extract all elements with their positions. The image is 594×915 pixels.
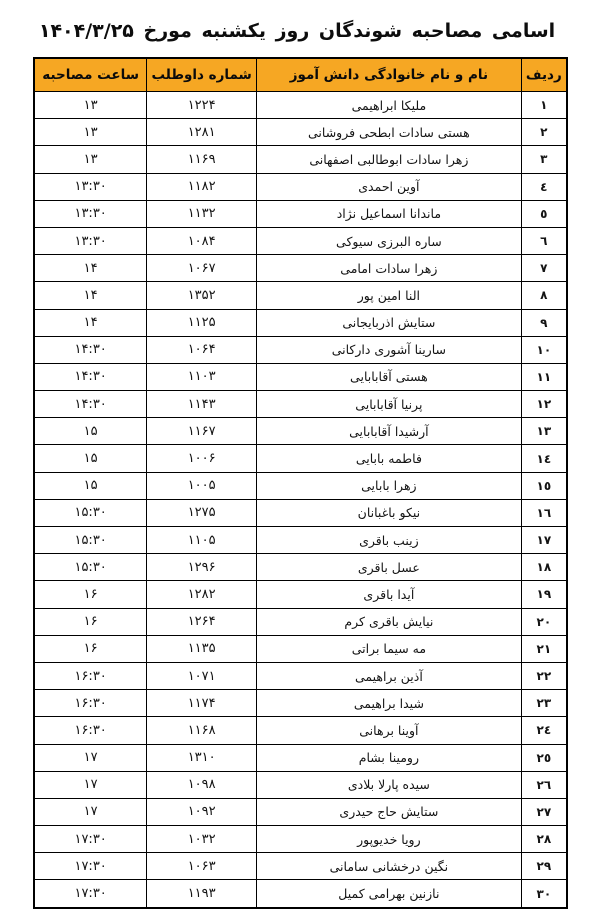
table-row: ٢٢آذین براهیمی۱۰۷۱۱۶:۳۰ <box>34 662 567 689</box>
time-cell: ۱۵:۳۰ <box>34 554 147 581</box>
radif-cell: ١٧ <box>521 527 567 554</box>
name-cell: شیدا براهیمی <box>257 690 522 717</box>
table-row: ٢٦سیده پارلا بلادی۱۰۹۸۱۷ <box>34 771 567 798</box>
table-header: ردیف نام و نام خانوادگی دانش آموز شماره … <box>34 58 567 92</box>
number-cell: ۱۰۰۶ <box>147 445 257 472</box>
radif-cell: ٣٠ <box>521 880 567 908</box>
radif-cell: ١٠ <box>521 336 567 363</box>
radif-cell: ٢٥ <box>521 744 567 771</box>
header-interview-time: ساعت مصاحبه <box>34 58 147 92</box>
time-cell: ۱۳:۳۰ <box>34 173 147 200</box>
header-student-name: نام و نام خانوادگی دانش آموز <box>257 58 522 92</box>
radif-cell: ١٨ <box>521 554 567 581</box>
number-cell: ۱۰۸۴ <box>147 227 257 254</box>
number-cell: ۱۲۷۵ <box>147 499 257 526</box>
name-cell: نازنین بهرامی کمیل <box>257 880 522 908</box>
radif-cell: ١٣ <box>521 418 567 445</box>
number-cell: ۱۰۰۵ <box>147 472 257 499</box>
time-cell: ۱۳:۳۰ <box>34 200 147 227</box>
number-cell: ۱۱۰۳ <box>147 363 257 390</box>
name-cell: آیدا باقری <box>257 581 522 608</box>
header-radif: ردیف <box>521 58 567 92</box>
number-cell: ۱۰۶۳ <box>147 853 257 880</box>
name-cell: مه سیما براتی <box>257 635 522 662</box>
radif-cell: ٣ <box>521 146 567 173</box>
time-cell: ۱۴ <box>34 309 147 336</box>
time-cell: ۱۵ <box>34 418 147 445</box>
table-row: ٧زهرا سادات امامی۱۰۶۷۱۴ <box>34 255 567 282</box>
radif-cell: ١ <box>521 92 567 119</box>
table-row: ٢هستی سادات ابطحی فروشانی۱۲۸۱۱۳ <box>34 119 567 146</box>
name-cell: زهرا سادات ابوطالبی اصفهانی <box>257 146 522 173</box>
time-cell: ۱۳:۳۰ <box>34 227 147 254</box>
page-title: اسامی مصاحبه شوندگان روز یکشنبه مورخ ۱۴۰… <box>0 0 594 42</box>
table-body: ١ملیکا ابراهیمی۱۲۲۴۱۳٢هستی سادات ابطحی ف… <box>34 92 567 908</box>
time-cell: ۱۴:۳۰ <box>34 336 147 363</box>
time-cell: ۱۵:۳۰ <box>34 499 147 526</box>
name-cell: رویا خدیوپور <box>257 826 522 853</box>
table-row: ٨النا امین پور۱۳۵۲۱۴ <box>34 282 567 309</box>
table-row: ١ملیکا ابراهیمی۱۲۲۴۱۳ <box>34 92 567 119</box>
name-cell: آذین براهیمی <box>257 662 522 689</box>
name-cell: هستی آقابابایی <box>257 363 522 390</box>
number-cell: ۱۱۴۳ <box>147 391 257 418</box>
number-cell: ۱۰۷۱ <box>147 662 257 689</box>
radif-cell: ٢٦ <box>521 771 567 798</box>
time-cell: ۱۶ <box>34 608 147 635</box>
time-cell: ۱۵ <box>34 445 147 472</box>
radif-cell: ١٢ <box>521 391 567 418</box>
time-cell: ۱۴ <box>34 255 147 282</box>
radif-cell: ٨ <box>521 282 567 309</box>
time-cell: ۱۶ <box>34 581 147 608</box>
number-cell: ۱۱۲۵ <box>147 309 257 336</box>
radif-cell: ١٦ <box>521 499 567 526</box>
table-row: ٣زهرا سادات ابوطالبی اصفهانی۱۱۶۹۱۳ <box>34 146 567 173</box>
table-row: ٢٤آوینا برهانی۱۱۶۸۱۶:۳۰ <box>34 717 567 744</box>
name-cell: نیایش باقری کرم <box>257 608 522 635</box>
name-cell: آوینا برهانی <box>257 717 522 744</box>
table-row: ٢١مه سیما براتی۱۱۳۵۱۶ <box>34 635 567 662</box>
name-cell: آرشیدا آقابابایی <box>257 418 522 445</box>
name-cell: ملیکا ابراهیمی <box>257 92 522 119</box>
table-row: ٢٥رومینا بشام۱۳۱۰۱۷ <box>34 744 567 771</box>
table-row: ١٨عسل باقری۱۲۹۶۱۵:۳۰ <box>34 554 567 581</box>
time-cell: ۱۷:۳۰ <box>34 853 147 880</box>
radif-cell: ٦ <box>521 227 567 254</box>
radif-cell: ٢٢ <box>521 662 567 689</box>
name-cell: فاطمه بابایی <box>257 445 522 472</box>
time-cell: ۱۷ <box>34 744 147 771</box>
table-row: ١٣آرشیدا آقابابایی۱۱۶۷۱۵ <box>34 418 567 445</box>
number-cell: ۱۱۶۹ <box>147 146 257 173</box>
time-cell: ۱۶:۳۰ <box>34 662 147 689</box>
table-row: ١٢پرنیا آقابابایی۱۱۴۳۱۴:۳۰ <box>34 391 567 418</box>
table-row: ١٥زهرا بابایی۱۰۰۵۱۵ <box>34 472 567 499</box>
name-cell: ستایش اذربایجانی <box>257 309 522 336</box>
radif-cell: ٢١ <box>521 635 567 662</box>
number-cell: ۱۱۳۵ <box>147 635 257 662</box>
number-cell: ۱۰۹۲ <box>147 798 257 825</box>
name-cell: آوین احمدی <box>257 173 522 200</box>
radif-cell: ٢٧ <box>521 798 567 825</box>
name-cell: زهرا بابایی <box>257 472 522 499</box>
table-row: ٦ساره البرزی سیوکی۱۰۸۴۱۳:۳۰ <box>34 227 567 254</box>
time-cell: ۱۳ <box>34 119 147 146</box>
radif-cell: ١١ <box>521 363 567 390</box>
table-row: ٣٠نازنین بهرامی کمیل۱۱۹۳۱۷:۳۰ <box>34 880 567 908</box>
time-cell: ۱۴ <box>34 282 147 309</box>
table-row: ٢٠نیایش باقری کرم۱۲۶۴۱۶ <box>34 608 567 635</box>
number-cell: ۱۲۲۴ <box>147 92 257 119</box>
time-cell: ۱۴:۳۰ <box>34 363 147 390</box>
radif-cell: ٩ <box>521 309 567 336</box>
name-cell: نیکو باغبانان <box>257 499 522 526</box>
number-cell: ۱۳۱۰ <box>147 744 257 771</box>
time-cell: ۱۷ <box>34 771 147 798</box>
radif-cell: ٢٣ <box>521 690 567 717</box>
number-cell: ۱۱۶۸ <box>147 717 257 744</box>
number-cell: ۱۱۷۴ <box>147 690 257 717</box>
radif-cell: ١٤ <box>521 445 567 472</box>
time-cell: ۱۷:۳۰ <box>34 826 147 853</box>
number-cell: ۱۲۸۲ <box>147 581 257 608</box>
time-cell: ۱۵ <box>34 472 147 499</box>
radif-cell: ١٥ <box>521 472 567 499</box>
time-cell: ۱۷ <box>34 798 147 825</box>
table-row: ٥ماندانا اسماعیل نژاد۱۱۳۲۱۳:۳۰ <box>34 200 567 227</box>
radif-cell: ٢٤ <box>521 717 567 744</box>
number-cell: ۱۰۶۴ <box>147 336 257 363</box>
number-cell: ۱۰۶۷ <box>147 255 257 282</box>
name-cell: پرنیا آقابابایی <box>257 391 522 418</box>
number-cell: ۱۱۹۳ <box>147 880 257 908</box>
table-row: ٢٩نگین درخشانی سامانی۱۰۶۳۱۷:۳۰ <box>34 853 567 880</box>
table-row: ٤آوین احمدی۱۱۸۲۱۳:۳۰ <box>34 173 567 200</box>
number-cell: ۱۱۰۵ <box>147 527 257 554</box>
number-cell: ۱۲۹۶ <box>147 554 257 581</box>
table-row: ٩ستایش اذربایجانی۱۱۲۵۱۴ <box>34 309 567 336</box>
interview-schedule-table: ردیف نام و نام خانوادگی دانش آموز شماره … <box>33 57 568 909</box>
table-row: ١٠سارینا آشوری دارکانی۱۰۶۴۱۴:۳۰ <box>34 336 567 363</box>
time-cell: ۱۳ <box>34 146 147 173</box>
name-cell: رومینا بشام <box>257 744 522 771</box>
name-cell: زهرا سادات امامی <box>257 255 522 282</box>
radif-cell: ١٩ <box>521 581 567 608</box>
name-cell: عسل باقری <box>257 554 522 581</box>
name-cell: زینب باقری <box>257 527 522 554</box>
time-cell: ۱۶:۳۰ <box>34 690 147 717</box>
time-cell: ۱۵:۳۰ <box>34 527 147 554</box>
number-cell: ۱۱۶۷ <box>147 418 257 445</box>
number-cell: ۱۱۳۲ <box>147 200 257 227</box>
time-cell: ۱۴:۳۰ <box>34 391 147 418</box>
table-row: ١٤فاطمه بابایی۱۰۰۶۱۵ <box>34 445 567 472</box>
time-cell: ۱۷:۳۰ <box>34 880 147 908</box>
number-cell: ۱۳۵۲ <box>147 282 257 309</box>
table-row: ٢٣شیدا براهیمی۱۱۷۴۱۶:۳۰ <box>34 690 567 717</box>
name-cell: نگین درخشانی سامانی <box>257 853 522 880</box>
time-cell: ۱۶ <box>34 635 147 662</box>
number-cell: ۱۲۶۴ <box>147 608 257 635</box>
header-row: ردیف نام و نام خانوادگی دانش آموز شماره … <box>34 58 567 92</box>
header-candidate-number: شماره داوطلب <box>147 58 257 92</box>
number-cell: ۱۱۸۲ <box>147 173 257 200</box>
table-row: ٢٨رویا خدیوپور۱۰۳۲۱۷:۳۰ <box>34 826 567 853</box>
name-cell: النا امین پور <box>257 282 522 309</box>
radif-cell: ٢ <box>521 119 567 146</box>
name-cell: هستی سادات ابطحی فروشانی <box>257 119 522 146</box>
radif-cell: ٢٩ <box>521 853 567 880</box>
radif-cell: ٥ <box>521 200 567 227</box>
radif-cell: ٢٨ <box>521 826 567 853</box>
radif-cell: ٤ <box>521 173 567 200</box>
radif-cell: ٧ <box>521 255 567 282</box>
name-cell: سارینا آشوری دارکانی <box>257 336 522 363</box>
number-cell: ۱۲۸۱ <box>147 119 257 146</box>
time-cell: ۱۳ <box>34 92 147 119</box>
table-row: ٢٧ستایش حاج حیدری۱۰۹۲۱۷ <box>34 798 567 825</box>
table-row: ١٩آیدا باقری۱۲۸۲۱۶ <box>34 581 567 608</box>
name-cell: ساره البرزی سیوکی <box>257 227 522 254</box>
name-cell: سیده پارلا بلادی <box>257 771 522 798</box>
time-cell: ۱۶:۳۰ <box>34 717 147 744</box>
number-cell: ۱۰۹۸ <box>147 771 257 798</box>
table-row: ١١هستی آقابابایی۱۱۰۳۱۴:۳۰ <box>34 363 567 390</box>
name-cell: ستایش حاج حیدری <box>257 798 522 825</box>
table-row: ١٧زینب باقری۱۱۰۵۱۵:۳۰ <box>34 527 567 554</box>
table-row: ١٦نیکو باغبانان۱۲۷۵۱۵:۳۰ <box>34 499 567 526</box>
number-cell: ۱۰۳۲ <box>147 826 257 853</box>
name-cell: ماندانا اسماعیل نژاد <box>257 200 522 227</box>
radif-cell: ٢٠ <box>521 608 567 635</box>
